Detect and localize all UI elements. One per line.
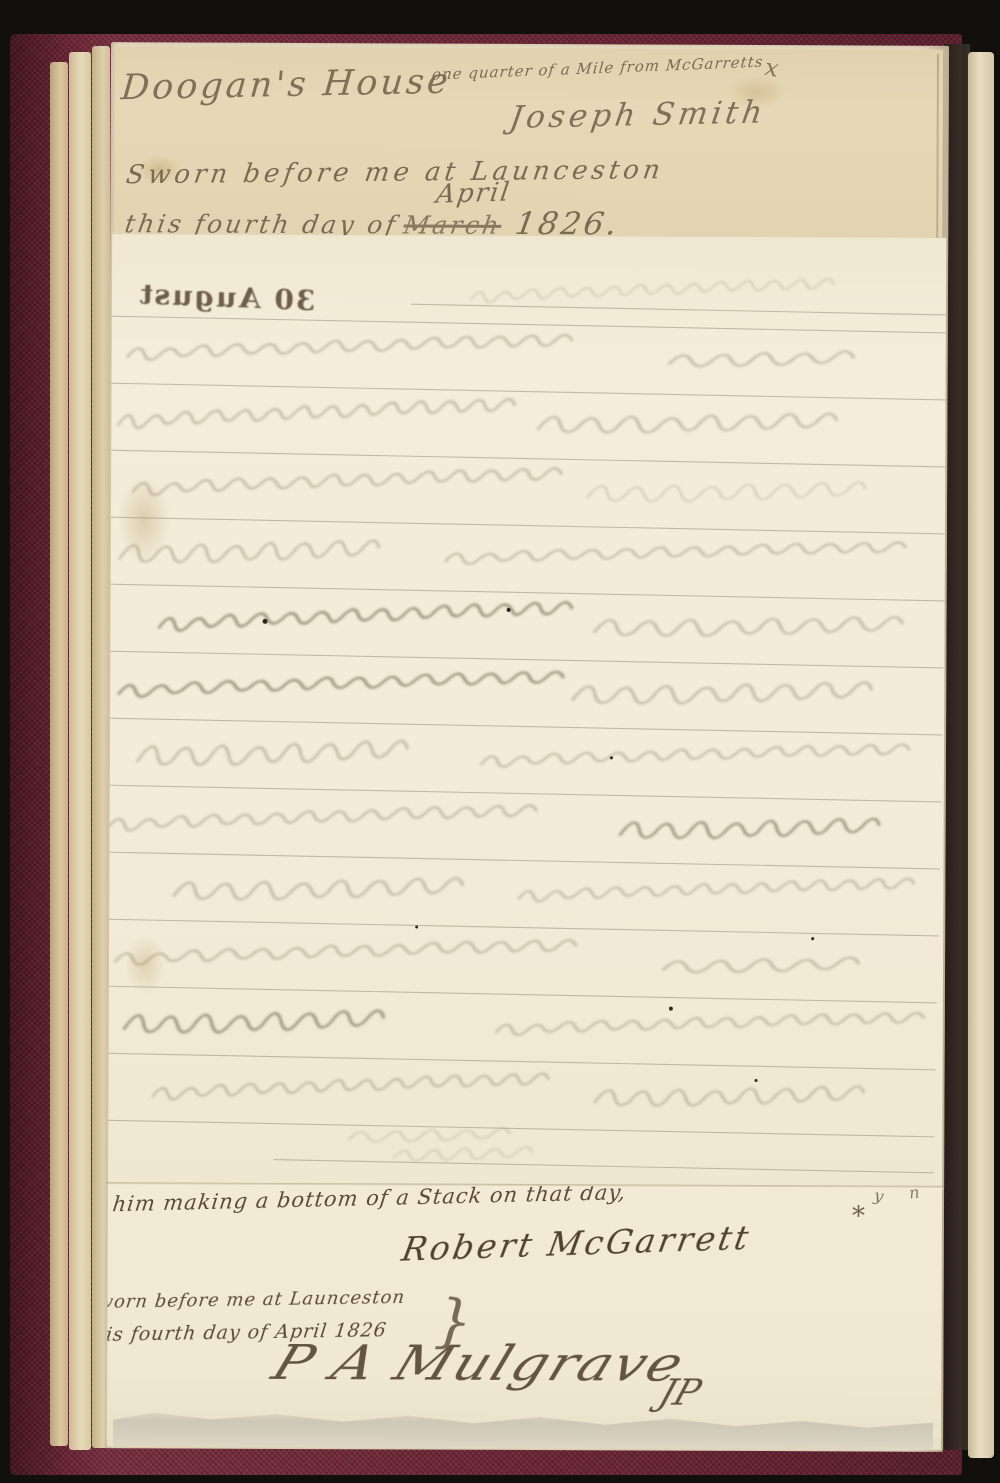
closing-line: him making a bottom of a Stack on that d… bbox=[111, 1184, 627, 1216]
magistrate-signature: P A Mulgrave bbox=[265, 1335, 694, 1393]
inserted-month: April bbox=[434, 177, 513, 209]
ink-spot bbox=[610, 756, 613, 759]
deponent-signature: Joseph Smith bbox=[507, 94, 768, 136]
place-heading: Doogan's House bbox=[120, 62, 453, 109]
witness-signature: Robert McGarrett bbox=[399, 1218, 755, 1269]
document-page: Doogan's House one quarter of a Mile fro… bbox=[105, 42, 949, 1452]
top-jurat-line1: Sworn before me at Launceston bbox=[124, 155, 666, 190]
page-stack-edge bbox=[50, 62, 68, 1446]
bleedthrough-layer: .rl{stroke:#8e8878;stroke-width:1.1;opac… bbox=[108, 234, 946, 1188]
ink-spot bbox=[415, 926, 418, 929]
top-sheet: Doogan's House one quarter of a Mile fro… bbox=[114, 46, 943, 238]
photographed-volume-page: Doogan's House one quarter of a Mile fro… bbox=[0, 0, 1000, 1483]
fold-line bbox=[936, 54, 939, 242]
place-annotation: one quarter of a Mile from McGarretts bbox=[431, 53, 764, 84]
ink-spot bbox=[811, 937, 814, 940]
pen-trial-mark: n bbox=[908, 1184, 920, 1202]
ruled-lines bbox=[108, 298, 946, 1173]
witness-mark: x bbox=[763, 53, 780, 83]
bleedthrough-date: 30 August bbox=[134, 277, 318, 317]
ink-spot bbox=[669, 1007, 673, 1011]
ink-spot bbox=[263, 619, 268, 624]
ink-spot bbox=[507, 608, 511, 612]
bottom-jurat-line1: Sworn before me at Launceston bbox=[107, 1287, 406, 1313]
middle-sheet: .rl{stroke:#8e8878;stroke-width:1.1;opac… bbox=[108, 234, 946, 1188]
damp-stain-band bbox=[113, 1404, 933, 1450]
bottom-area: him making a bottom of a Stack on that d… bbox=[107, 1184, 942, 1450]
page-stack-edge bbox=[69, 52, 91, 1450]
asterisk-mark: * bbox=[852, 1201, 865, 1231]
ink-spot bbox=[755, 1079, 758, 1082]
pen-trial-mark: y bbox=[873, 1186, 885, 1206]
bleedthrough-script bbox=[108, 265, 939, 1171]
adjacent-page-edge bbox=[968, 52, 994, 1458]
